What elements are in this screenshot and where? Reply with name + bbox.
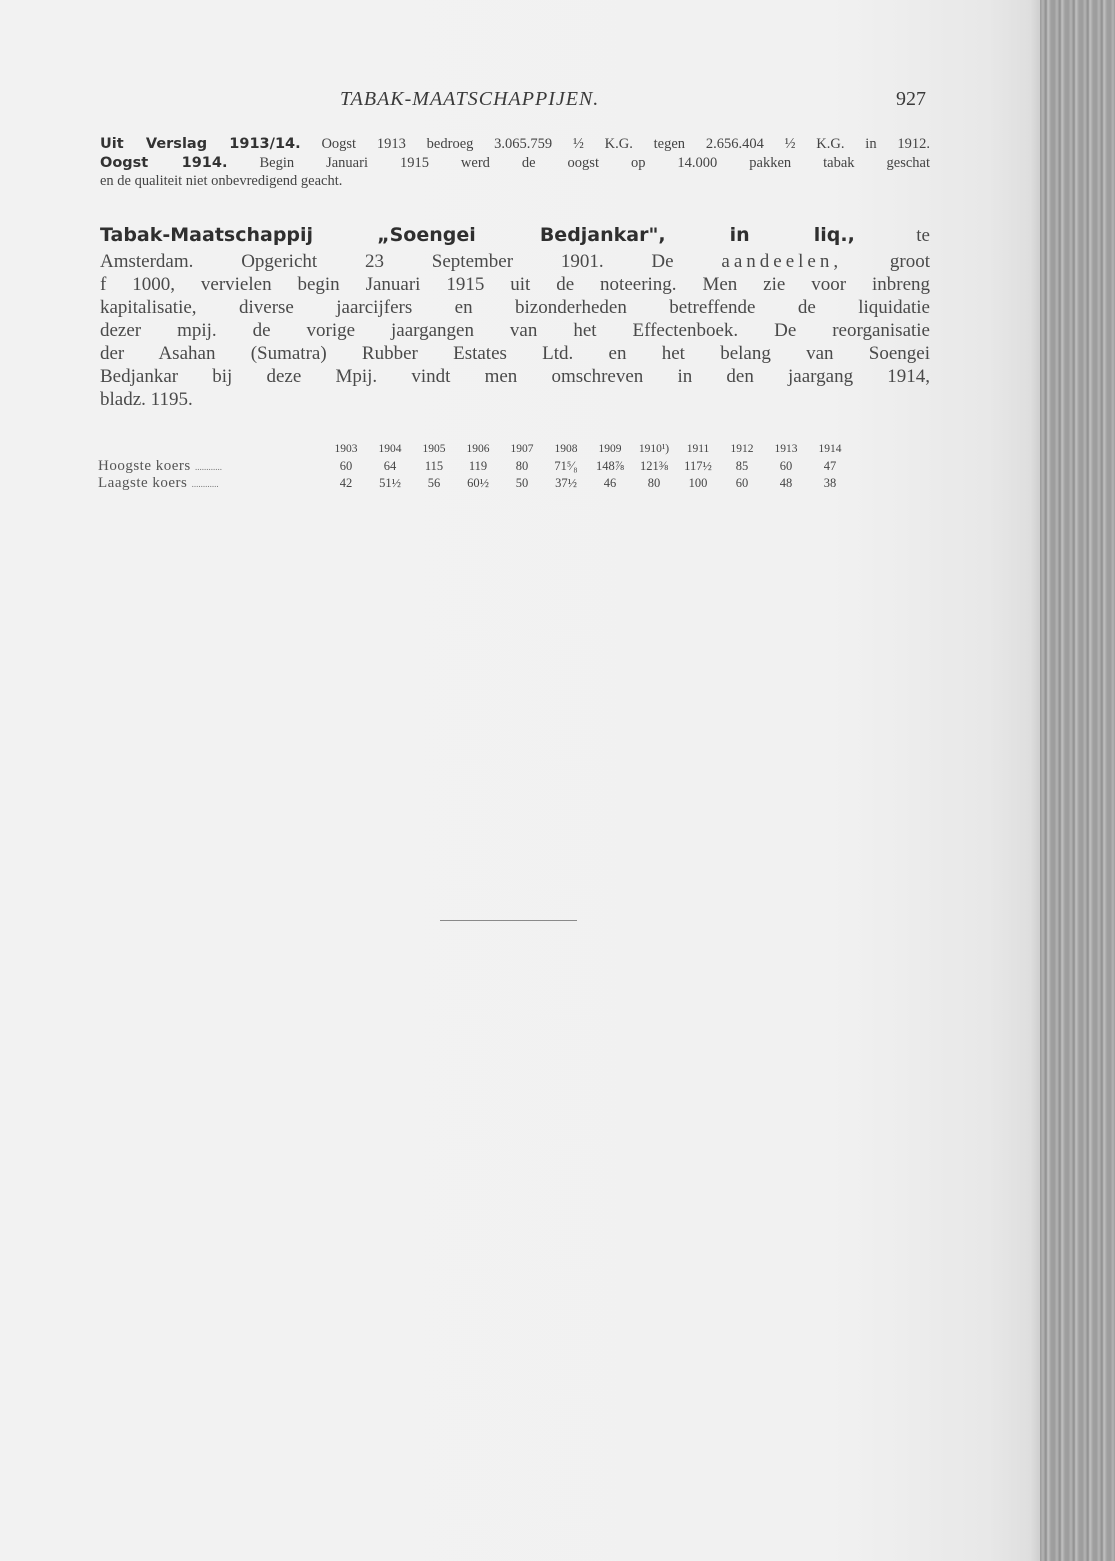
company-line-1: Amsterdam. Opgericht 23 September 1901. … — [100, 250, 930, 273]
table-cell: 46 — [588, 475, 632, 492]
table-cell: 85 — [720, 458, 764, 475]
table-cell: 47 — [808, 458, 852, 475]
year-header-row: 19031904190519061907190819091910¹)191119… — [98, 440, 852, 458]
year-header: 1904 — [368, 440, 412, 458]
table-cell: 42 — [324, 475, 368, 492]
table-cell: 51½ — [368, 475, 412, 492]
year-header: 1914 — [808, 440, 852, 458]
row-label: Hoogste koers ............ — [98, 458, 324, 475]
table-cell: 56 — [412, 475, 456, 492]
year-header: 1913 — [764, 440, 808, 458]
year-header: 1911 — [676, 440, 720, 458]
section-divider — [440, 920, 577, 921]
year-header: 1912 — [720, 440, 764, 458]
year-header: 1907 — [500, 440, 544, 458]
report-line-1: Uit Verslag 1913/14. Oogst 1913 bedroeg … — [100, 135, 930, 154]
row-label: Laagste koers ............ — [98, 475, 324, 492]
company-line-3: kapitalisatie, diverse jaarcijfers en bi… — [100, 296, 930, 319]
year-header: 1905 — [412, 440, 456, 458]
company-line-5: der Asahan (Sumatra) Rubber Estates Ltd.… — [100, 342, 930, 365]
table-row: Laagste koers ............4251½5660½5037… — [98, 475, 852, 492]
year-header: 1909 — [588, 440, 632, 458]
report-line-3: en de qualiteit niet onbevredigend geach… — [100, 172, 930, 191]
company-heading-line: Tabak-Maatschappij „Soengei Bedjankar", … — [100, 222, 930, 250]
year-header: 1903 — [324, 440, 368, 458]
table-cell: 50 — [500, 475, 544, 492]
year-header: 1908 — [544, 440, 588, 458]
table-cell: 64 — [368, 458, 412, 475]
table-cell: 71⁵⁄₈ — [544, 458, 588, 475]
report-line-2: Oogst 1914. Begin Januari 1915 werd de o… — [100, 154, 930, 173]
table-cell: 80 — [632, 475, 676, 492]
table-cell: 117½ — [676, 458, 720, 475]
report-lead: Uit Verslag 1913/14. — [100, 136, 301, 152]
company-entry: Tabak-Maatschappij „Soengei Bedjankar", … — [100, 222, 930, 411]
table-cell: 60 — [720, 475, 764, 492]
table-cell: 115 — [412, 458, 456, 475]
table-cell: 38 — [808, 475, 852, 492]
table-cell: 37½ — [544, 475, 588, 492]
table-corner — [98, 440, 324, 458]
company-line-7: bladz. 1195. — [100, 388, 930, 411]
company-line-6: Bedjankar bij deze Mpij. vindt men omsch… — [100, 365, 930, 388]
page-number: 927 — [896, 88, 926, 111]
table-cell: 119 — [456, 458, 500, 475]
table-cell: 148⅞ — [588, 458, 632, 475]
company-line-4: dezer mpij. de vorige jaargangen van het… — [100, 319, 930, 342]
table-cell: 121⅜ — [632, 458, 676, 475]
book-spine — [1040, 0, 1115, 1561]
table-cell: 60 — [764, 458, 808, 475]
company-heading: Tabak-Maatschappij „Soengei Bedjankar", … — [100, 224, 855, 246]
table-cell: 48 — [764, 475, 808, 492]
share-price-table: 19031904190519061907190819091910¹)191119… — [98, 440, 852, 492]
leader-dots: ............ — [192, 479, 219, 489]
company-line-2: f 1000, vervielen begin Januari 1915 uit… — [100, 273, 930, 296]
year-header: 1910¹) — [632, 440, 676, 458]
running-head: TABAK-MAATSCHAPPIJEN. — [340, 88, 599, 111]
year-header: 1906 — [456, 440, 500, 458]
table-cell: 60½ — [456, 475, 500, 492]
table-cell: 80 — [500, 458, 544, 475]
harvest-lead: Oogst 1914. — [100, 155, 228, 171]
leader-dots: ............ — [195, 462, 222, 472]
report-paragraph: Uit Verslag 1913/14. Oogst 1913 bedroeg … — [100, 135, 930, 191]
table-cell: 60 — [324, 458, 368, 475]
table-row: Hoogste koers ............60641151198071… — [98, 458, 852, 475]
table-cell: 100 — [676, 475, 720, 492]
